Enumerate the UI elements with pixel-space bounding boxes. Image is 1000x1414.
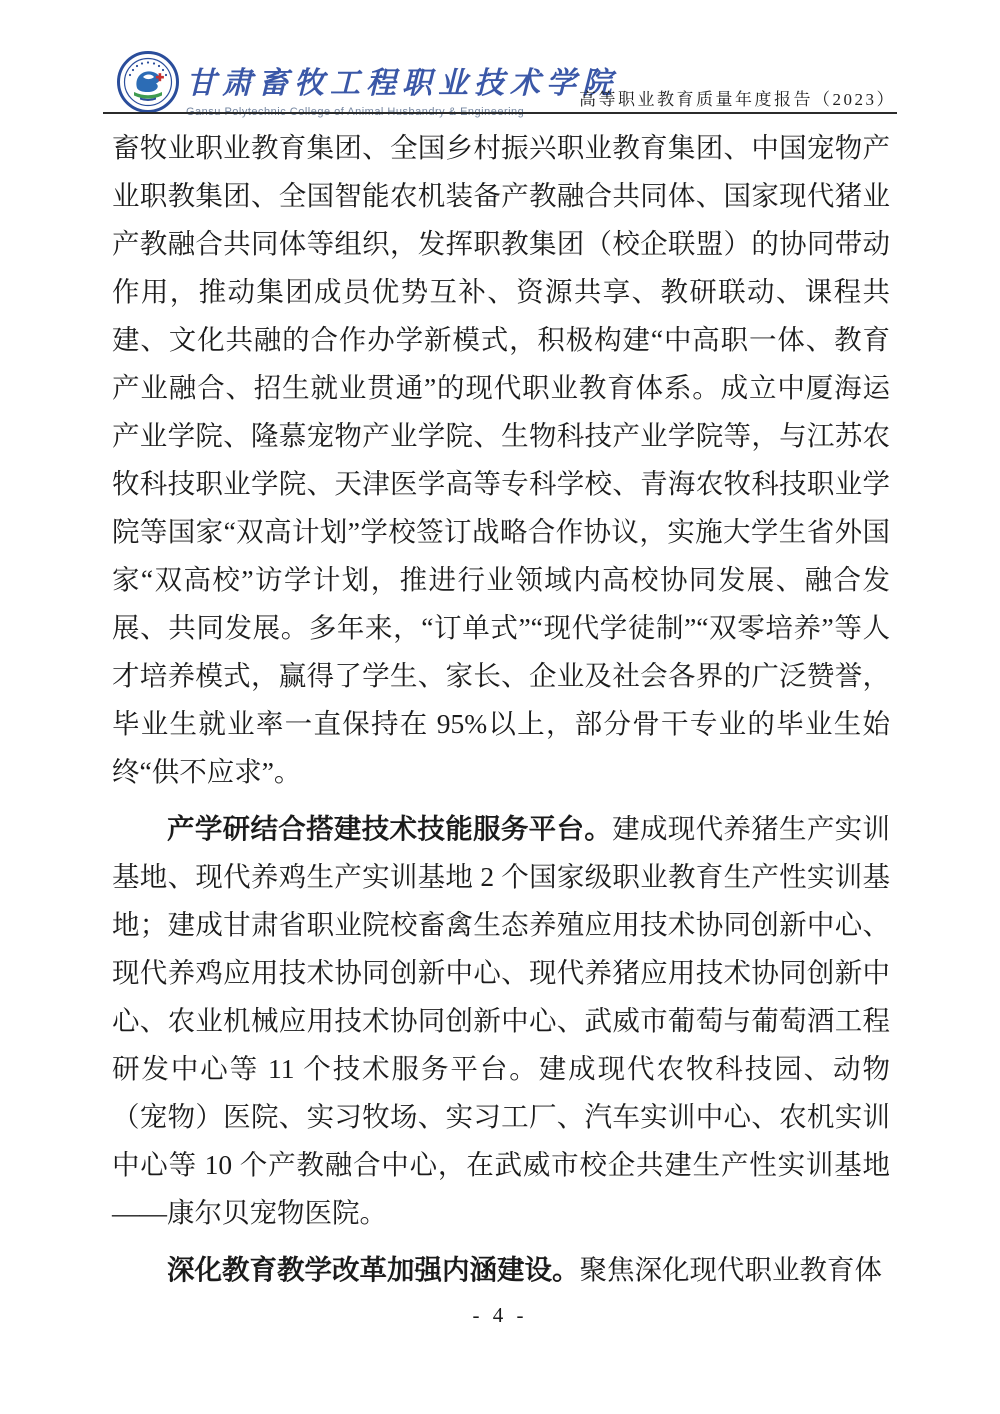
- paragraph-3-lead: 深化教育教学改革加强内涵建设。: [167, 1254, 580, 1285]
- paragraph-3: 深化教育教学改革加强内涵建设。聚焦深化现代职业教育体: [112, 1246, 890, 1294]
- paragraph-1-text: 畜牧业职业教育集团、全国乡村振兴职业教育集团、中国宠物产业职教集团、全国智能农机…: [112, 132, 890, 787]
- college-seal-icon: [116, 50, 180, 114]
- report-title: 高等职业教育质量年度报告（2023）: [579, 85, 896, 110]
- college-brand: 甘肃畜牧工程职业技术学院 Gansu Polytechnic College o…: [186, 58, 618, 118]
- document-body: 畜牧业职业教育集团、全国乡村振兴职业教育集团、中国宠物产业职教集团、全国智能农机…: [112, 124, 890, 1294]
- paragraph-2: 产学研结合搭建技术技能服务平台。建成现代养猪生产实训基地、现代养鸡生产实训基地 …: [112, 805, 890, 1237]
- paragraph-2-text: 建成现代养猪生产实训基地、现代养鸡生产实训基地 2 个国家级职业教育生产性实训基…: [112, 813, 890, 1228]
- paragraph-3-text: 聚焦深化现代职业教育体: [580, 1254, 883, 1285]
- page-number: - 4 -: [0, 1303, 1000, 1328]
- document-page: 甘肃畜牧工程职业技术学院 Gansu Polytechnic College o…: [0, 0, 1000, 1414]
- paragraph-2-lead: 产学研结合搭建技术技能服务平台。: [167, 813, 612, 844]
- college-name-zh: 甘肃畜牧工程职业技术学院: [186, 58, 618, 102]
- header-divider: [103, 112, 897, 114]
- paragraph-1: 畜牧业职业教育集团、全国乡村振兴职业教育集团、中国宠物产业职教集团、全国智能农机…: [112, 124, 890, 796]
